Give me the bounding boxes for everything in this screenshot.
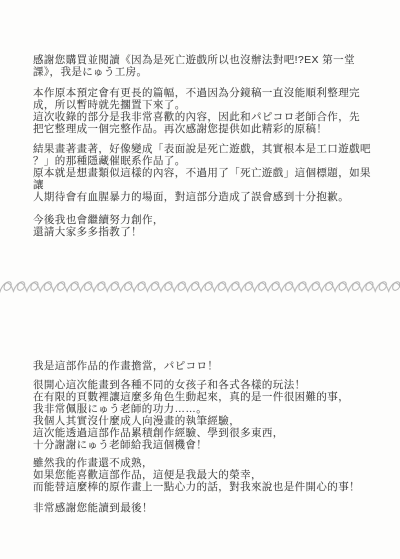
writer-closing-paragraph: 今後我也會繼續努力創作， 還請大家多多指教了！: [33, 214, 378, 238]
afterword-page: 感謝您購買並閱讀《因為是死亡遊戲所以也沒辦法對吧!?EX 第一堂 課》，我是にゅ…: [0, 0, 400, 559]
artist-intro-paragraph: 我是這部作品的作畫擔當，パピコロ！: [33, 360, 378, 372]
artist-afterword-section: 我是這部作品的作畫擔當，パピコロ！ 很開心這次能畫到各種不同的女孩子和各式各樣的…: [0, 302, 400, 514]
artist-humility-paragraph: 雖然我的作畫還不成熟， 如果您能喜歡這部作品，這便是我最大的榮幸， 而能替這麼棒…: [33, 457, 378, 493]
writer-afterword-section: 感謝您購買並閱讀《因為是死亡遊戲所以也沒辦法對吧!?EX 第一堂 課》，我是にゅ…: [0, 0, 400, 238]
decorative-loop-divider: [0, 276, 400, 302]
loop-chain-graphic: [0, 276, 400, 302]
artist-experience-paragraph: 很開心這次能畫到各種不同的女孩子和各式各樣的玩法！ 在有限的頁數裡讓這麼多角色生…: [33, 379, 378, 451]
writer-greeting-paragraph: 感謝您購買並閱讀《因為是死亡遊戲所以也沒辦法對吧!?EX 第一堂 課》，我是にゅ…: [33, 54, 378, 78]
writer-apology-paragraph: 結果畫著畫著，好像變成「表面說是死亡遊戲，其實根本是工口遊戲吧 ？」的那種隱藏催…: [33, 143, 378, 203]
writer-production-paragraph: 本作原本預定會有更長的篇幅，不過因為分鏡稿一直沒能順利整理完 成，所以暫時就先擱…: [33, 87, 378, 135]
artist-thanks-paragraph: 非常感謝您能讀到最後！: [33, 502, 378, 514]
